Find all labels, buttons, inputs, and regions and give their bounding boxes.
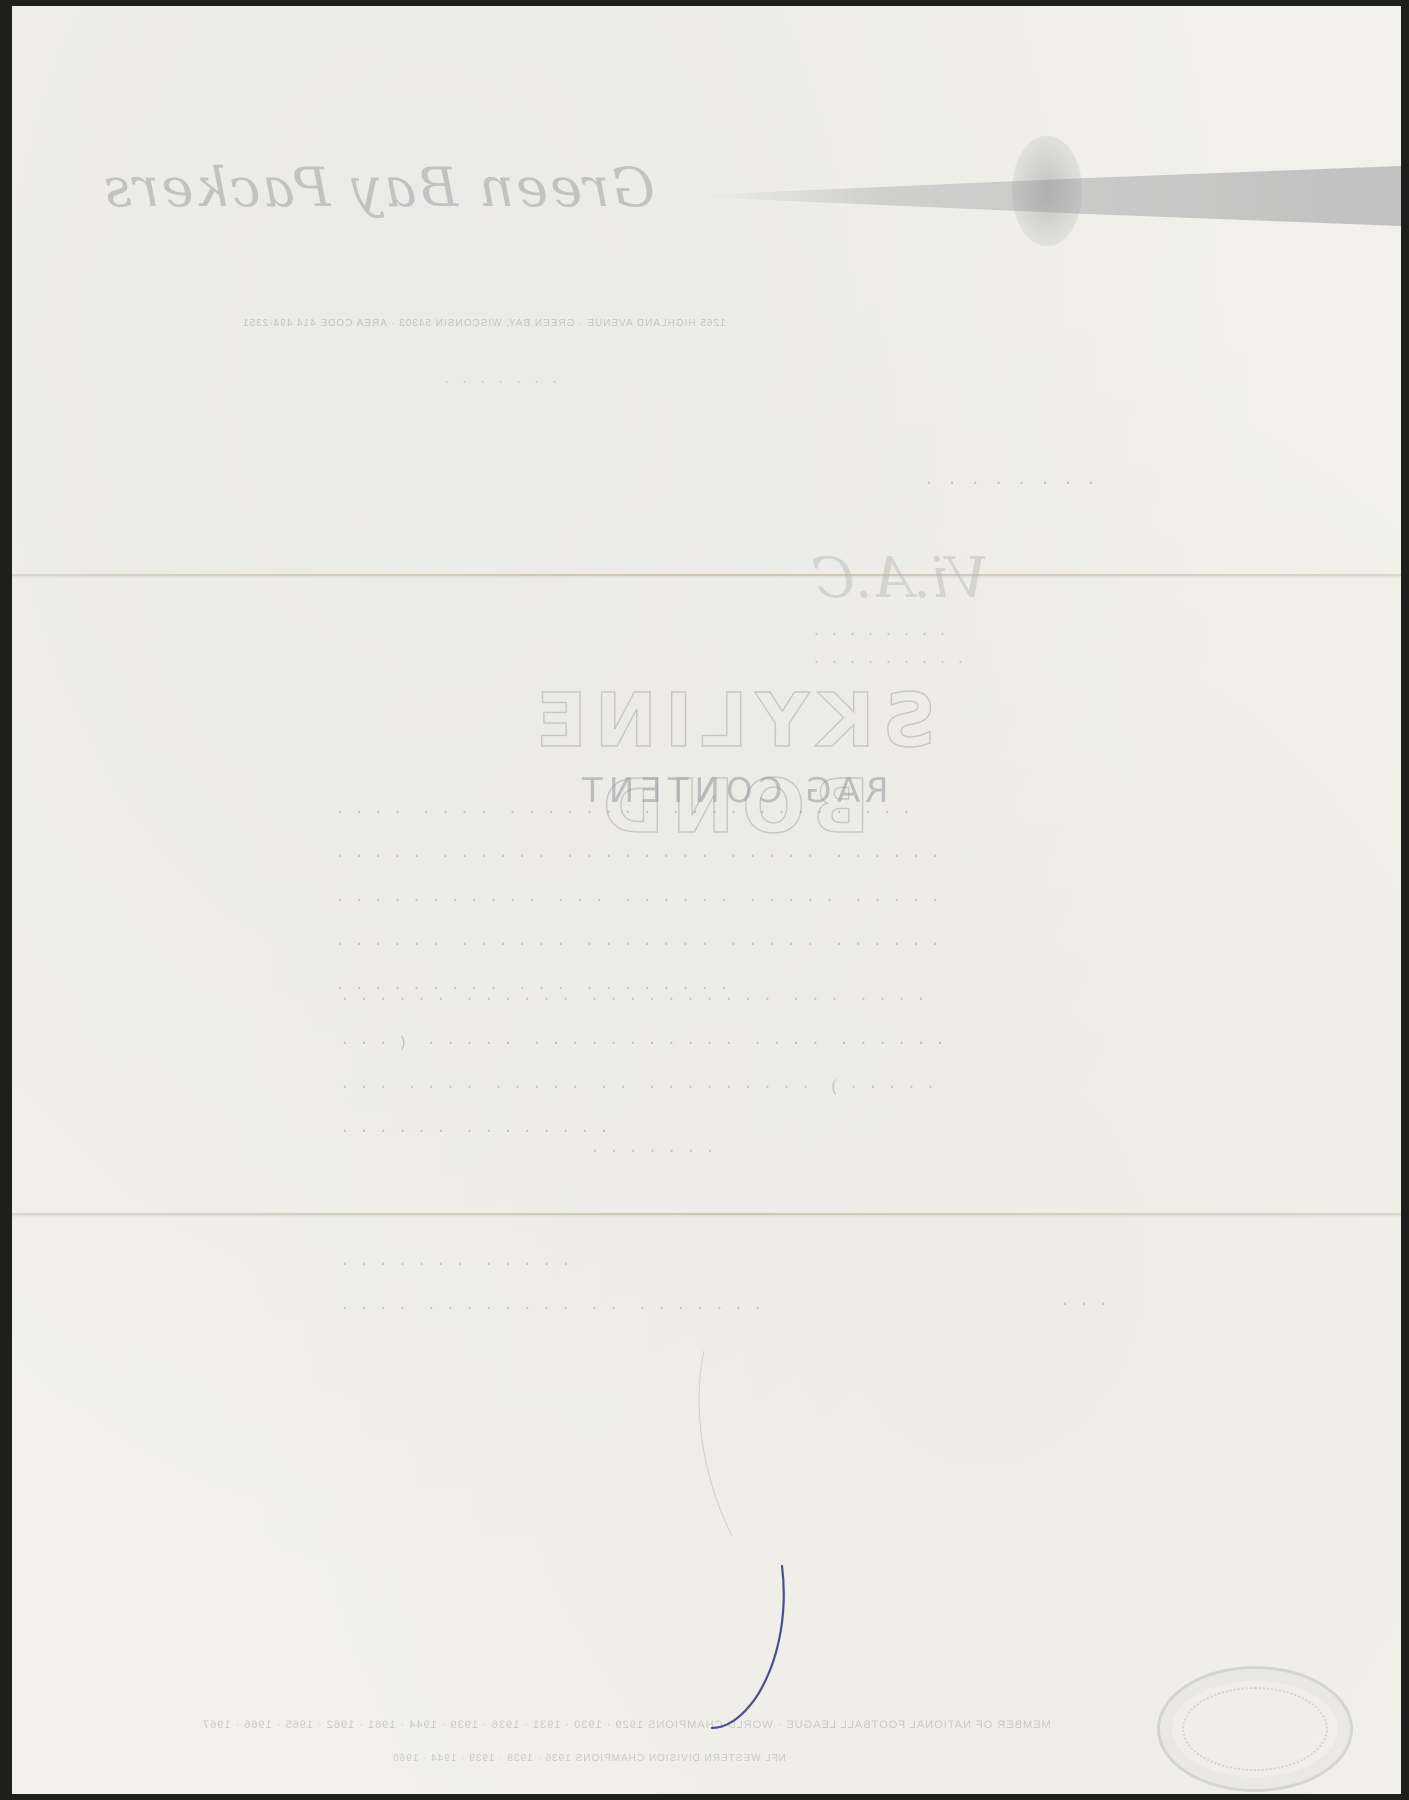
footer-text-2: NFL WESTERN DIVISION CHAMPIONS 1936 · 19… xyxy=(392,1753,786,1764)
letterhead-emblem-icon xyxy=(1012,136,1082,246)
recipient-line-1: · · · · · · · · xyxy=(812,626,947,643)
oval-stamp-icon xyxy=(1157,1666,1353,1792)
letterhead-script-text: Green Bay Packers xyxy=(102,156,655,219)
reference-text: · · · · · · · · xyxy=(922,474,1096,492)
recipient-text-1: · · · · · · · · xyxy=(812,626,947,643)
signature-line: · · · · · · · · · · · · · · · · · · · · … xyxy=(340,1297,762,1319)
paragraph-1-line: · · · · · · · · · · · · · · · · · · · · … xyxy=(335,801,911,823)
paper-sheet: Green Bay Packers 1265 HIGHLAND AVENUE ·… xyxy=(12,6,1401,1794)
paragraph-2-line: · · · · · · · · · · · · · · · · · · · · … xyxy=(340,1032,945,1054)
footer-line-2: NFL WESTERN DIVISION CHAMPIONS 1936 · 19… xyxy=(392,1753,786,1764)
date-text: · · · · · · · xyxy=(442,374,559,391)
letterhead-address: 1265 HIGHLAND AVENUE · GREEN BAY, WISCON… xyxy=(242,318,726,329)
fold-line-upper xyxy=(12,574,1401,576)
recipient-line-2: · · · · · · · · · xyxy=(812,654,965,671)
closing-line: · · · · · · · xyxy=(552,1118,715,1184)
recipient-text-2: · · · · · · · · · xyxy=(812,654,965,671)
fold-line-lower xyxy=(12,1213,1401,1215)
paragraph-2-line: · · · · · ) · · · · · · · · · · · · · · … xyxy=(340,1076,935,1098)
footer-text-1: MEMBER OF NATIONAL FOOTBALL LEAGUE · WOR… xyxy=(202,1719,1051,1731)
handwritten-mark: Vi.A.C xyxy=(812,546,988,611)
initials-text: · · · xyxy=(1060,1293,1108,1315)
handwritten-mark-text: Vi.A.C xyxy=(812,546,988,611)
reference-line: · · · · · · · · xyxy=(922,474,1096,492)
paragraph-1-line: · · · · · · · · · · · · · · · · · · · · … xyxy=(335,889,940,911)
letterhead-script-name: Green Bay Packers xyxy=(102,156,655,219)
paragraph-2-line: · · · · · · · · · · · · · · · · · · · · … xyxy=(340,988,926,1010)
footer-line-1: MEMBER OF NATIONAL FOOTBALL LEAGUE · WOR… xyxy=(202,1719,1051,1731)
typist-initials: · · · xyxy=(1022,1271,1108,1337)
signature-block: · · · · · · · · · · · · · · · · · · · · … xyxy=(302,1231,763,1341)
address-text: 1265 HIGHLAND AVENUE · GREEN BAY, WISCON… xyxy=(242,318,726,329)
paragraph-1-line: · · · · · · · · · · · · · · · · · · · · … xyxy=(335,845,940,867)
signature-line: · · · · · · · · · · · · xyxy=(340,1253,570,1275)
closing-text: · · · · · · · xyxy=(590,1140,715,1162)
paragraph-1-line: · · · · · · · · · · · · · · · · · · · · … xyxy=(335,933,940,955)
date-line: · · · · · · · xyxy=(442,374,559,391)
